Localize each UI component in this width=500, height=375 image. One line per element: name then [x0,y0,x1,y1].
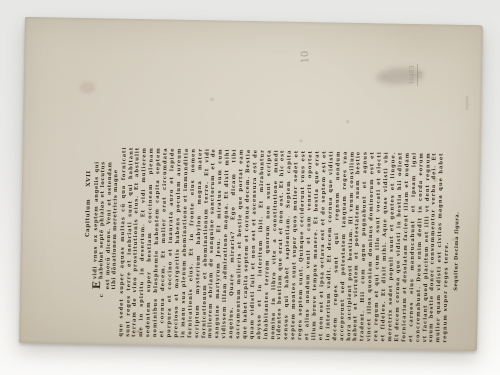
chapter-heading-label: Capitulum [85,199,93,237]
foxing-spot [300,140,302,142]
corner-stain [80,82,95,93]
foxing-spot [346,120,349,123]
margin-letter: c [99,293,105,297]
body-text: que sedet super aquas multas cū qua forn… [118,147,453,343]
chapter-opening: c E vidi vnus ex septem angelis qui habe… [92,161,120,289]
opening-text: vidi vnus ex septem angelis qui habebat … [92,161,119,289]
section-end-line: Sequitur Decima figura. [453,153,462,291]
foxing-spot [452,238,455,241]
drop-cap-initial: E [92,280,103,289]
pencil-edge-mark [466,96,468,110]
chapter-heading-number: XVII [86,170,93,186]
foxing-spot [433,178,437,182]
leaf-photo: Capitulum XVII c E vidi vnus ex septem a… [0,0,500,375]
pencil-number-annotation: 10 [294,44,319,71]
foxing-spot [210,98,214,101]
text-column: Capitulum XVII c E vidi vnus ex septem a… [83,146,462,343]
pencil-squiggle [136,330,141,333]
